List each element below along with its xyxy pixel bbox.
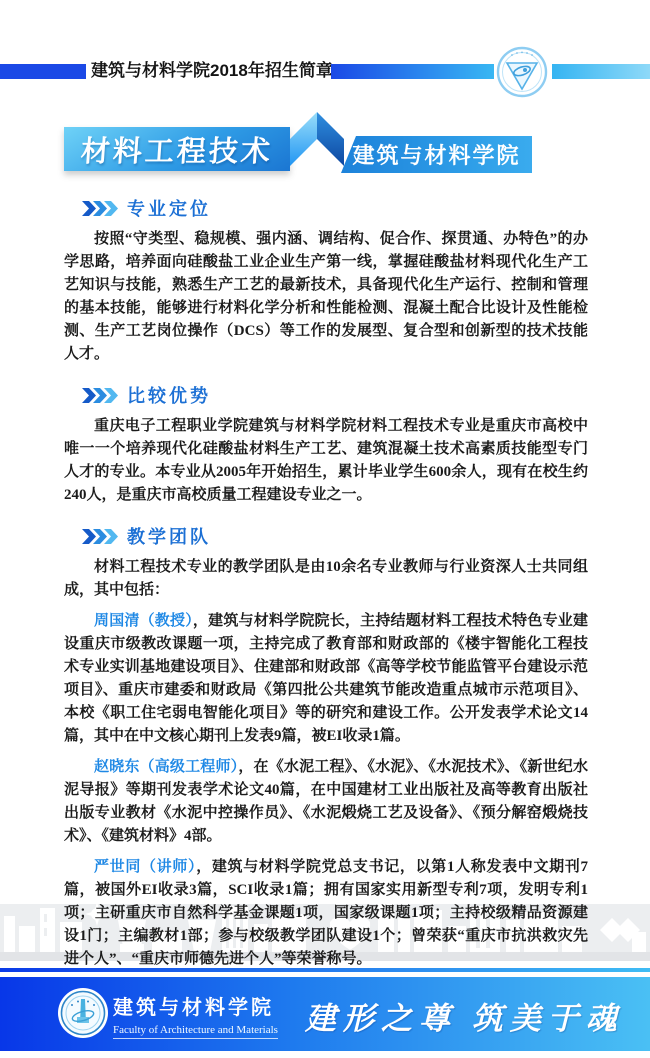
section-heading-positioning: 专业定位 [82, 196, 588, 220]
team-member-paragraph: 严世同（讲师），建筑与材料学院党总支书记，以第1人称发表中文期刊7篇，被国外EI… [64, 856, 588, 971]
faculty-name: 建筑与材料学院 [352, 139, 520, 170]
team-intro-paragraph: 材料工程技术专业的教学团队是由10余名专业教师与行业资深人士共同组成，其中包括： [64, 556, 588, 602]
section-heading-team: 教学团队 [82, 524, 588, 548]
page-title: 建筑与材料学院2018年招生简章 [91, 56, 331, 81]
member-bio: ，建筑与材料学院党总支书记，以第1人称发表中文期刊7篇，被国外EI收录3篇，SC… [64, 859, 588, 967]
footer-school-name-en: Faculty of Architecture and Materials [113, 1024, 278, 1039]
section-title: 比较优势 [127, 382, 211, 408]
positioning-paragraph: 按照“守类型、稳规模、强内涵、调结构、促合作、探贯通、办特色”的办学思路，培养面… [64, 228, 588, 366]
footer-school-name-cn: 建筑与材料学院 [113, 991, 278, 1020]
member-bio: ，建筑与材料学院院长，主持结题材料工程技术特色专业建设重庆市级教改课题一项，主持… [64, 613, 588, 744]
triple-chevron-icon [82, 201, 118, 216]
faculty-banner: 建筑与材料学院 [341, 136, 532, 173]
triple-chevron-icon [82, 388, 118, 403]
team-member-paragraph: 赵晓东（高级工程师），在《水泥工程》、《水泥》、《水泥技术》、《新世纪水泥导报》… [64, 756, 588, 848]
footer-slogan: 建形之尊 筑美于魂 [305, 993, 635, 1038]
footer-school-names: 建筑与材料学院 Faculty of Architecture and Mate… [113, 991, 278, 1039]
section-title: 教学团队 [127, 523, 211, 549]
member-name: 周国清（教授） [94, 613, 193, 629]
header-left-bar [0, 64, 86, 79]
header-right-bar [552, 64, 650, 79]
header-middle-bar [331, 64, 494, 79]
brochure-page: 建筑与材料学院2018年招生简章 材料工程技术 建筑与材料学院 [0, 0, 650, 1058]
member-name: 赵晓东（高级工程师） [94, 759, 238, 775]
team-member-paragraph: 周国清（教授），建筑与材料学院院长，主持结题材料工程技术特色专业建设重庆市级教改… [64, 610, 588, 748]
faculty-logo-icon [57, 987, 109, 1039]
section-title: 专业定位 [127, 195, 211, 221]
advantages-paragraph: 重庆电子工程职业学院建筑与材料学院材料工程技术专业是重庆市高校中唯一一个培养现代… [64, 415, 588, 507]
program-banner: 材料工程技术 [64, 127, 290, 171]
triple-chevron-icon [82, 529, 118, 544]
section-heading-advantages: 比较优势 [82, 383, 588, 407]
chevron-ribbon-icon [280, 110, 354, 176]
program-name: 材料工程技术 [80, 129, 275, 170]
college-emblem-icon [496, 46, 548, 98]
member-name: 严世同（讲师） [94, 859, 196, 875]
main-content: 专业定位 按照“守类型、稳规模、强内涵、调结构、促合作、探贯通、办特色”的办学思… [64, 196, 588, 979]
